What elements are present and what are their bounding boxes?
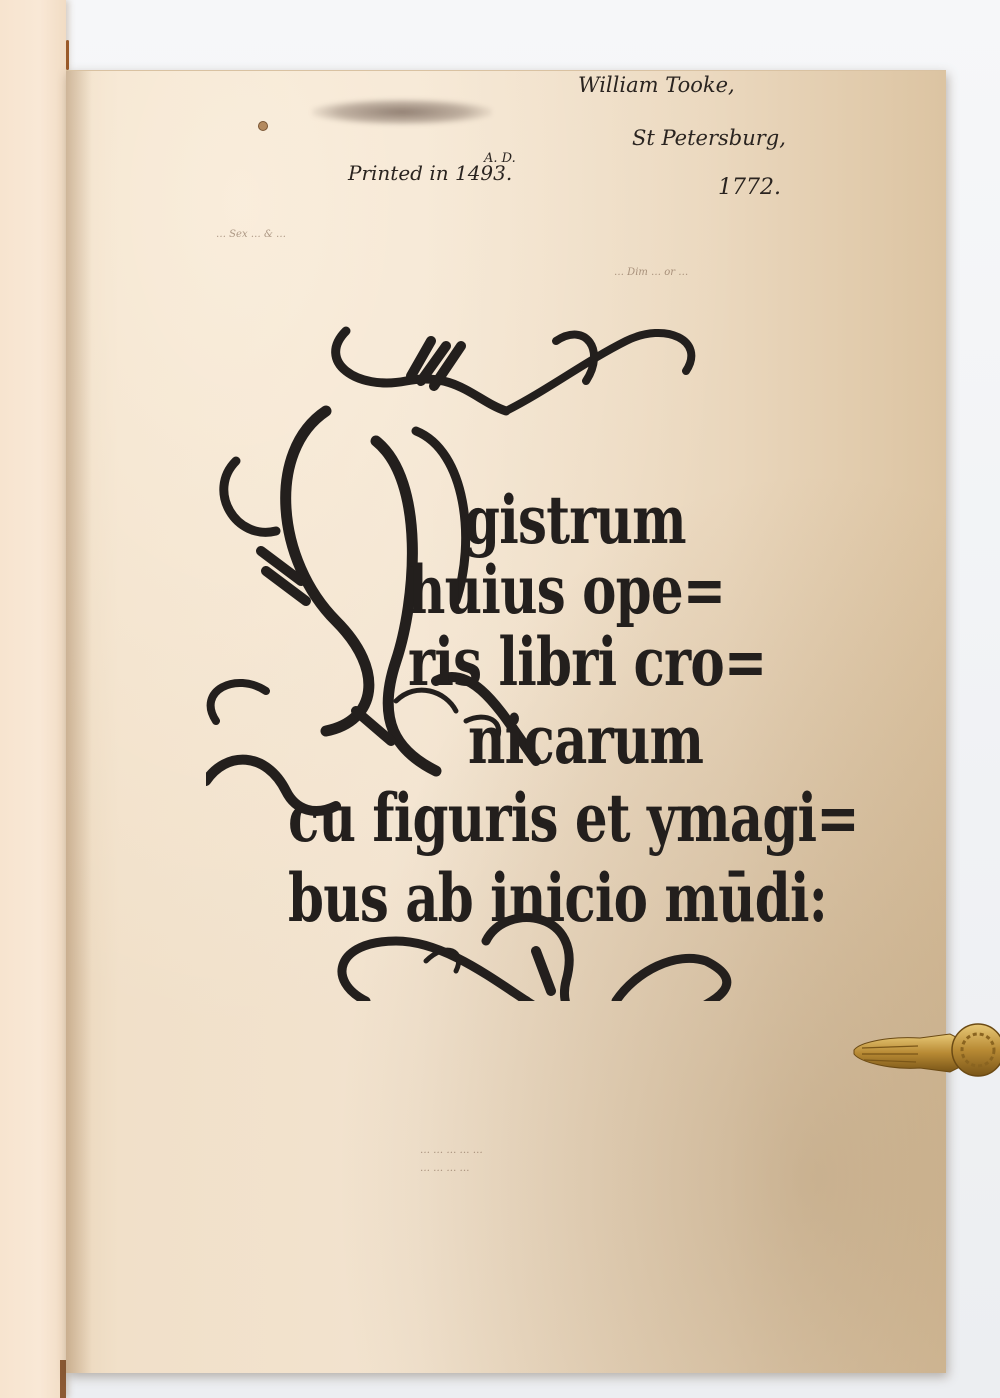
pencil-note-lower-2: … … … … bbox=[420, 1163, 470, 1174]
owner-inscription-year: 1772. bbox=[718, 175, 781, 200]
erased-inscription-stain bbox=[312, 99, 492, 125]
printed-date-annotation: Printed in 1493. bbox=[348, 161, 512, 185]
pencil-note-upper-right: … Dim … or … bbox=[614, 267, 688, 278]
left-facing-leaf bbox=[0, 0, 66, 1398]
title-line-2: huius ope= bbox=[408, 551, 725, 629]
title-line-5: cu figuris et ymagi= bbox=[288, 779, 859, 857]
title-line-1: gistrum bbox=[464, 481, 686, 559]
brass-hand-clasp bbox=[850, 1010, 1000, 1090]
paper-blemish bbox=[258, 121, 268, 131]
owner-inscription-place: St Petersburg, bbox=[632, 126, 786, 150]
pencil-note-lower-1: … … … … … bbox=[420, 1145, 483, 1156]
woodcut-title: gistrum huius ope= ris libri cro= nicaru… bbox=[206, 301, 846, 1001]
pencil-note-upper-left: … Sex … & … bbox=[216, 229, 286, 240]
title-page: William Tooke, St Petersburg, 1772. A. D… bbox=[66, 70, 946, 1373]
title-line-4: nicarum bbox=[468, 701, 703, 779]
title-line-3: ris libri cro= bbox=[408, 623, 766, 701]
hand-clasp-icon bbox=[850, 1010, 1000, 1090]
owner-inscription-name: William Tooke, bbox=[578, 75, 735, 96]
title-line-6: bus ab inicio mūdi: bbox=[288, 859, 827, 937]
